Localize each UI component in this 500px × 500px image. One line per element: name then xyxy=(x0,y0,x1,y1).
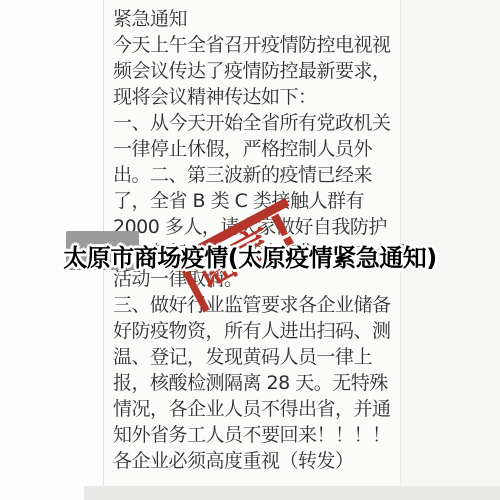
notice-line: 各企业必须高度重视（转发） xyxy=(113,448,396,474)
notice-line: 了，全省 B 类 C 类接触人群有 xyxy=(113,188,396,214)
notice-line: 今天上午全省召开疫情防控电视视 xyxy=(113,32,396,58)
notice-line: 一、从今天开始全省所有党政机关 xyxy=(113,110,396,136)
notice-line: 出。二、第三波新的疫情已经来 xyxy=(113,162,396,188)
overlay-title: 太原市商场疫情(太原疫情紧急通知) xyxy=(0,238,500,273)
notice-line: 情况，各企业人员不得出省，并通 xyxy=(113,396,396,422)
notice-line: 温、登记，发现黄码人员一律上 xyxy=(113,344,396,370)
notice-line: 紧急通知 xyxy=(113,6,396,32)
notice-line: 现将会议精神传达如下： xyxy=(113,84,396,110)
notice-line: 知外省务工人员不要回来！！！！ xyxy=(113,422,396,448)
notice-line: 一律停止休假，严格控制人员外 xyxy=(113,136,396,162)
notice-line: 频会议传达了疫情防控最新要求， xyxy=(113,58,396,84)
notice-line: 三、做好行业监管要求各企业储备 xyxy=(113,292,396,318)
bottom-band xyxy=(84,486,500,500)
notice-line: 好防疫物资，所有人进出扫码、测 xyxy=(113,318,396,344)
notice-line: 报，核酸检测隔离 28 天。无特殊 xyxy=(113,370,396,396)
article-thumbnail: 紧急通知 今天上午全省召开疫情防控电视视 频会议传达了疫情防控最新要求， 现将会… xyxy=(0,0,500,500)
